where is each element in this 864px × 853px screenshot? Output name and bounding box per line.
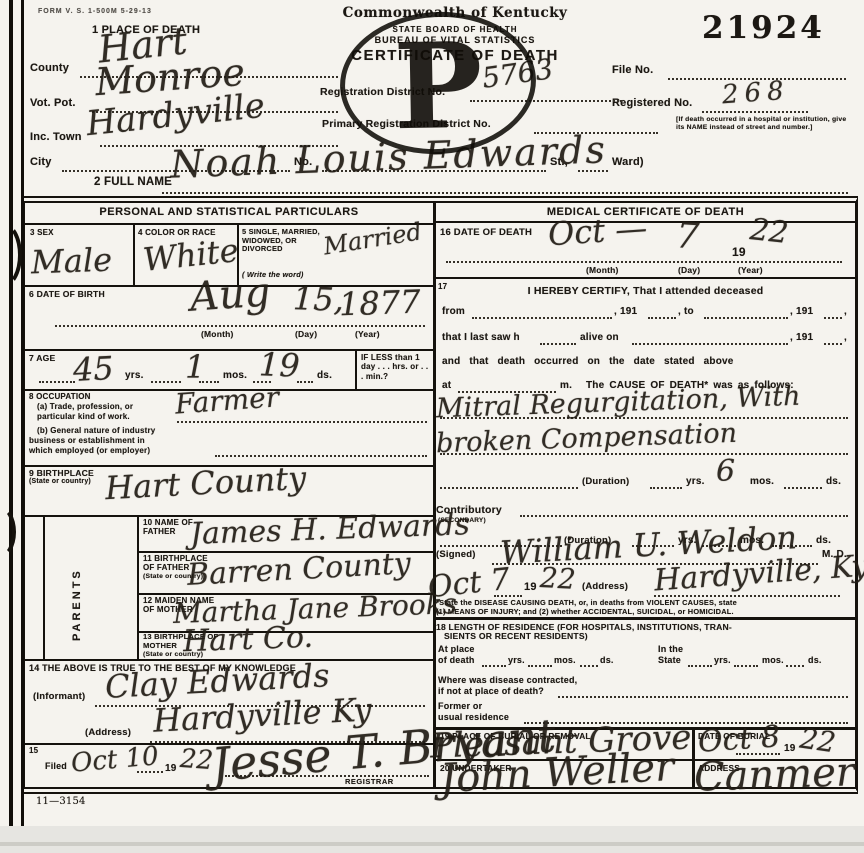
signed-label: (Signed) [436,549,476,560]
father-name-handwritten: James H. Edwards [190,510,471,550]
dotted-leader [580,665,598,667]
father-birthplace-handwritten: Barren County [186,549,411,591]
ds-unit-label: ds. [600,655,614,666]
year-191-print: , 191 [790,306,813,318]
year-191-print: , 191 [614,306,637,318]
dotted-leader [558,696,848,698]
year-column-label: (Year) [738,265,763,275]
mother-birthplace-handwritten: Hart Co. [183,623,314,658]
marital-value-handwritten: Married [322,219,424,258]
certify-heading: I HEREBY CERTIFY, That I attended deceas… [436,285,855,297]
signature-year-prefix: 19 [524,581,537,594]
duration-months-handwritten: 6 [716,457,735,487]
cell-divider [355,349,357,389]
age-label: 7 AGE [29,353,55,363]
mos-unit-label: mos. [762,655,784,666]
filed-date-handwritten: Oct 10 [70,743,160,777]
filed-section-number: 15 [29,746,38,755]
footnote-line2: (1) MEANS OF INJURY; and (2) whether ACC… [436,608,734,617]
at-place-label-line2: of death [438,655,475,666]
rule-line [436,617,855,620]
medical-certificate-column: MEDICAL CERTIFICATE OF DEATH 16 DATE OF … [436,203,855,787]
dotted-leader [55,325,425,327]
age-months-handwritten: 1 [185,351,205,383]
yrs-unit-label: yrs. [508,655,525,666]
sex-label: 3 SEX [30,228,54,237]
mos-unit-label: mos. [750,476,774,488]
birth-year-handwritten: 1877 [338,286,421,321]
form-number-note: FORM V. S. 1-500M 5-29-13 [38,8,152,16]
parents-strip-border [137,515,139,659]
ds-unit-label: ds. [826,476,841,488]
dotted-leader [162,192,848,194]
disease-contracted-line2: if not at place of death? [438,686,544,697]
undertaker-signature-handwritten: John Weller [439,747,675,799]
filed-year-prefix: 19 [165,763,177,775]
birthplace-value-handwritten: Hart County [104,462,307,504]
mos-unit-label: mos. [223,370,247,382]
dotted-leader [632,343,788,345]
informant-address-label: (Address) [85,727,131,738]
undertaker-address-handwritten: Canmer [693,752,855,798]
dotted-leader [215,455,427,457]
death-occurred-line: and that death occurred on the date stat… [442,356,734,368]
parents-vertical-label: PARENTS [71,568,84,641]
cause-of-death-line2-handwritten: broken Compensation [436,420,738,457]
form-code: 11—3154 [36,796,86,808]
last-saw-label: that I last saw h [442,332,520,344]
cell-divider [133,225,135,285]
dotted-leader [650,487,682,489]
at-place-label-line1: At place [438,644,475,655]
residence-heading-line2: SIENTS OR RECENT RESIDENTS) [444,631,588,641]
duration-label: (Duration) [582,476,629,487]
death-certificate-scan: FORM V. S. 1-500M 5-29-13 1 PLACE OF DEA… [0,0,864,853]
marital-status-label: 5 SINGLE, MARRIED, WIDOWED, OR DIVORCED [242,228,322,254]
dotted-leader [482,665,506,667]
former-residence-line1: Former or [438,701,482,712]
alive-on-label: alive on [580,332,619,344]
personal-section-title: PERSONAL AND STATISTICAL PARTICULARS [25,206,433,219]
year-column-label: (Year) [355,329,380,339]
ward-label: Ward) [612,156,644,169]
occupation-label: 8 OCCUPATION [29,392,91,401]
signature-year-handwritten: 22 [539,564,576,594]
informant-label: (Informant) [33,691,85,702]
inc-town-label: Inc. Town [30,131,82,144]
birth-day-handwritten: 15, [292,282,344,316]
dotted-leader [446,261,842,263]
date-of-death-label: 16 DATE OF DEATH [440,227,532,238]
certificate-body: PERSONAL AND STATISTICAL PARTICULARS 3 S… [22,196,858,794]
parents-strip-border [43,515,45,659]
dotted-leader [704,317,788,319]
race-value-handwritten: White [142,234,240,276]
month-column-label: (Month) [201,329,234,339]
certify-from-label: from [442,306,465,318]
dotted-leader [177,421,427,423]
dotted-leader [472,317,612,319]
dotted-leader [528,665,552,667]
occupation-b-line2: business or establishment in [29,436,145,445]
in-the-label: In the [658,644,683,655]
registered-no-label: Registered No. [612,97,692,110]
dotted-leader [39,381,75,383]
age-days-handwritten: 19 [258,348,300,381]
death-year-handwritten: 22 [749,215,790,249]
dotted-leader [824,317,842,319]
comma-print: , [844,332,847,344]
stamp-letter: P [393,15,484,156]
certificate-serial-number: 21924 [702,10,825,47]
occupation-a-line2: particular kind of work. [37,412,130,421]
full-name-label: 2 FULL NAME [94,176,172,190]
city-label: City [30,156,52,169]
state-label: State [658,655,681,666]
ds-unit-label: ds. [816,535,831,547]
rule-line [436,277,855,279]
yrs-unit-label: yrs. [714,655,731,666]
birthplace-label: 9 BIRTHPLACE [29,468,94,478]
occupation-b-line1: (b) General nature of industry [37,426,155,435]
day-column-label: (Day) [678,265,700,275]
dotted-leader [824,343,842,345]
voting-precinct-label: Vot. Pot. [30,97,76,110]
death-year-prefix: 19 [732,245,746,259]
comma-print: , [844,306,847,318]
at-label: at [442,380,451,392]
dotted-leader [520,515,848,517]
dotted-leader [786,665,804,667]
day-column-label: (Day) [295,329,317,339]
signature-address-label: (Address) [582,581,628,592]
certify-to-label: , to [678,306,694,318]
dotted-leader [702,111,808,113]
age-years-handwritten: 45 [72,352,114,386]
dotted-leader [440,487,578,489]
dotted-leader [688,665,712,667]
sex-value-handwritten: Male [30,244,112,279]
dotted-leader [734,665,758,667]
file-no-label: File No. [612,64,653,77]
dotted-leader [151,381,181,383]
dotted-leader [784,487,822,489]
year-191-print: , 191 [790,332,813,344]
occupation-value-handwritten: Farmer [174,383,280,418]
occupation-b-line3: which employed (or employer) [29,446,150,455]
column-divider [433,203,436,787]
registered-no-value-handwritten: 268 [721,78,790,109]
ds-unit-label: ds. [317,370,332,382]
hospital-instruction-note: [If death occurred in a hospital or inst… [676,116,850,132]
birth-month-handwritten: Aug [189,272,272,318]
dotted-leader [540,343,576,345]
death-day-handwritten: 7 [675,218,700,256]
month-column-label: (Month) [586,265,619,275]
scan-bottom-line [0,842,864,846]
filed-year-handwritten: 22 [179,746,214,774]
birthplace-state-country-note: (State or country) [29,478,91,486]
yrs-unit-label: yrs. [686,476,705,488]
death-month-handwritten: Oct — [547,212,648,251]
disease-contracted-line1: Where was disease contracted, [438,675,577,686]
signature-date-handwritten: Oct 7 [427,565,512,603]
dotted-leader [648,317,676,319]
mos-unit-label: mos. [554,655,576,666]
if-less-than-day-note: IF LESS than 1 day . . . hrs. or . . . m… [361,353,429,381]
scan-bottom-margin [0,826,864,853]
date-of-birth-label: 6 DATE OF BIRTH [29,289,105,299]
county-label: County [30,62,69,75]
ds-unit-label: ds. [808,655,822,666]
scan-left-binding-line [9,0,24,826]
filed-label: Filed [45,761,67,772]
occupation-a-line1: (a) Trade, profession, or [37,402,133,411]
yrs-unit-label: yrs. [125,370,144,382]
